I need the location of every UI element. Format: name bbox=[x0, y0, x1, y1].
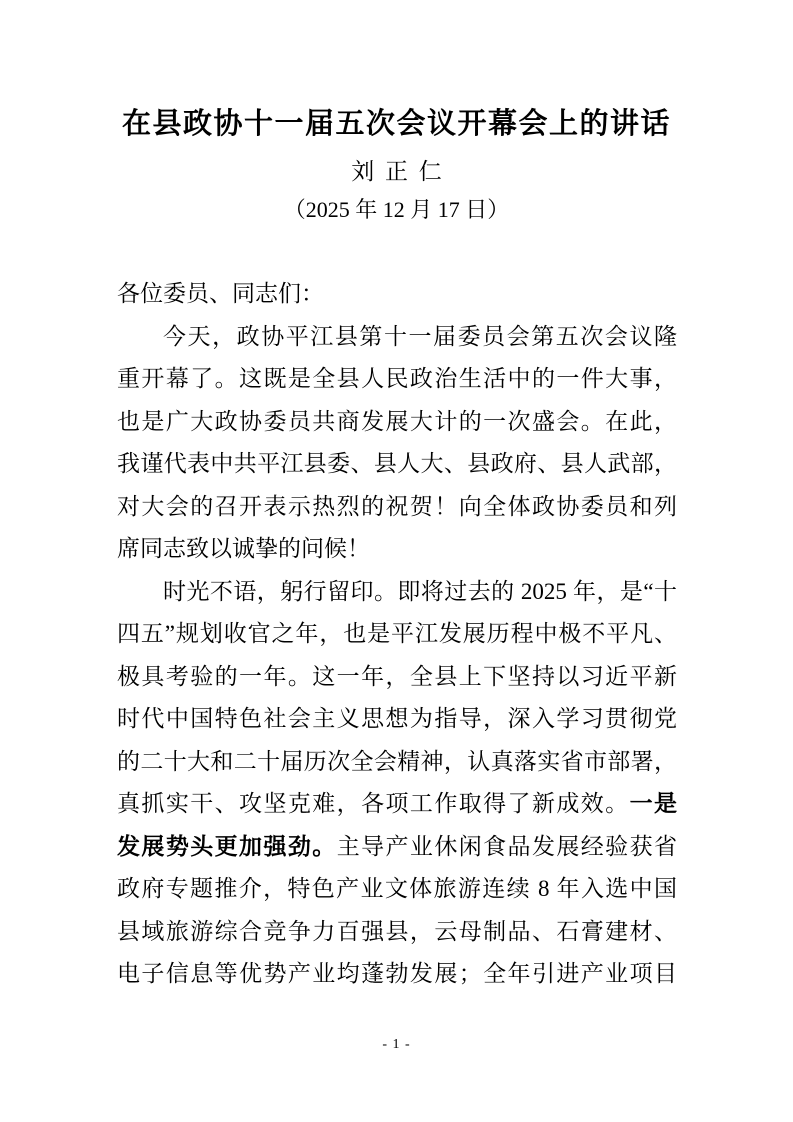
body-line: 政府专题推介，特色产业文体旅游连续 8 年入选中国 bbox=[117, 868, 677, 911]
paragraph: 时光不语，躬行留印。即将过去的 2025 年，是“十四五”规划收官之年，也是平江… bbox=[117, 571, 677, 996]
text-run: 县域旅游综合竞争力百强县，云母制品、石膏建材、 bbox=[117, 919, 677, 944]
document-title: 在县政协十一届五次会议开幕会上的讲话 bbox=[0, 101, 793, 142]
text-run: 对大会的召开表示热烈的祝贺！向全体政协委员和列 bbox=[117, 494, 677, 519]
document-page: 在县政协十一届五次会议开幕会上的讲话 刘 正 仁 （2025 年 12 月 17… bbox=[0, 0, 793, 1122]
body-line: 各位委员、同志们： bbox=[117, 273, 677, 316]
body-line: 的二十大和二十届历次全会精神，认真落实省市部署， bbox=[117, 741, 677, 784]
body-line: 时光不语，躬行留印。即将过去的 2025 年，是“十 bbox=[117, 571, 677, 614]
text-run: 时代中国特色社会主义思想为指导，深入学习贯彻党 bbox=[117, 706, 677, 731]
body-line: 真抓实干、攻坚克难，各项工作取得了新成效。一是 bbox=[117, 783, 677, 826]
body-line: 四五”规划收官之年，也是平江发展历程中极不平凡、 bbox=[117, 613, 677, 656]
body-line: 发展势头更加强劲。主导产业休闲食品发展经验获省 bbox=[117, 826, 677, 869]
text-run: 重开幕了。这既是全县人民政治生活中的一件大事， bbox=[117, 366, 677, 391]
text-run: 真抓实干、攻坚克难，各项工作取得了新成效。 bbox=[117, 791, 630, 816]
text-run: 的二十大和二十届历次全会精神，认真落实省市部署， bbox=[117, 749, 677, 774]
document-body: 各位委员、同志们：今天，政协平江县第十一届委员会第五次会议隆重开幕了。这既是全县… bbox=[117, 273, 677, 996]
text-run: 四五”规划收官之年，也是平江发展历程中极不平凡、 bbox=[117, 621, 677, 646]
bold-text-run: 一是 bbox=[630, 791, 677, 816]
text-run: 政府专题推介，特色产业文体旅游连续 8 年入选中国 bbox=[117, 876, 677, 901]
text-run: 极具考验的一年。这一年，全县上下坚持以习近平新 bbox=[117, 664, 677, 689]
body-line: 对大会的召开表示热烈的祝贺！向全体政协委员和列 bbox=[117, 486, 677, 529]
body-line: 也是广大政协委员共商发展大计的一次盛会。在此， bbox=[117, 401, 677, 444]
text-run: 各位委员、同志们： bbox=[117, 281, 324, 306]
body-line: 席同志致以诚挚的问候！ bbox=[117, 528, 677, 571]
body-line: 极具考验的一年。这一年，全县上下坚持以习近平新 bbox=[117, 656, 677, 699]
text-run: 电子信息等优势产业均蓬勃发展；全年引进产业项目 bbox=[117, 961, 677, 986]
bold-text-run: 发展势头更加强劲。 bbox=[117, 834, 337, 859]
body-line: 今天，政协平江县第十一届委员会第五次会议隆 bbox=[117, 316, 677, 359]
text-run: 主导产业休闲食品发展经验获省 bbox=[337, 834, 677, 859]
body-line: 重开幕了。这既是全县人民政治生活中的一件大事， bbox=[117, 358, 677, 401]
text-run: 时光不语，躬行留印。即将过去的 2025 年，是“十 bbox=[163, 579, 677, 604]
text-run: 席同志致以诚挚的问候！ bbox=[117, 536, 370, 561]
text-run: 今天，政协平江县第十一届委员会第五次会议隆 bbox=[163, 324, 677, 349]
author-name: 刘 正 仁 bbox=[0, 153, 793, 186]
page-number: - 1 - bbox=[0, 1037, 793, 1053]
paragraph: 今天，政协平江县第十一届委员会第五次会议隆重开幕了。这既是全县人民政治生活中的一… bbox=[117, 316, 677, 571]
document-date: （2025 年 12 月 17 日） bbox=[0, 193, 793, 224]
text-run: 也是广大政协委员共商发展大计的一次盛会。在此， bbox=[117, 409, 677, 434]
body-line: 县域旅游综合竞争力百强县，云母制品、石膏建材、 bbox=[117, 911, 677, 954]
body-line: 时代中国特色社会主义思想为指导，深入学习贯彻党 bbox=[117, 698, 677, 741]
text-run: 我谨代表中共平江县委、县人大、县政府、县人武部， bbox=[117, 451, 677, 476]
paragraph: 各位委员、同志们： bbox=[117, 273, 677, 316]
body-line: 我谨代表中共平江县委、县人大、县政府、县人武部， bbox=[117, 443, 677, 486]
body-line: 电子信息等优势产业均蓬勃发展；全年引进产业项目 bbox=[117, 953, 677, 996]
